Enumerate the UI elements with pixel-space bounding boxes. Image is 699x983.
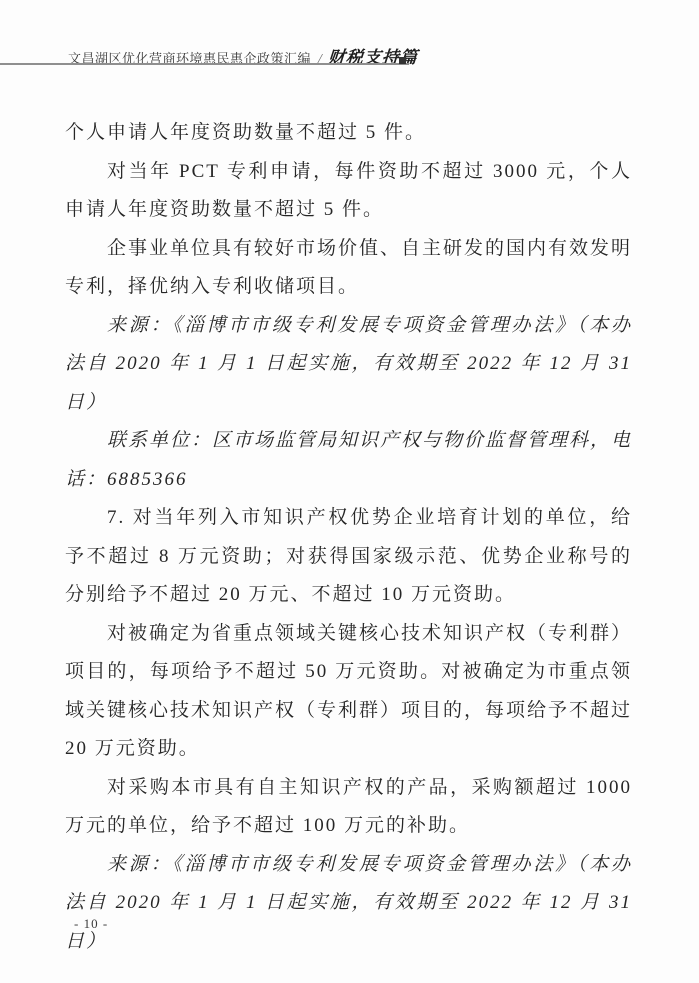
document-body: 个人申请人年度资助数量不超过 5 件。对当年 PCT 专利申请，每件资助不超过 …	[65, 114, 632, 961]
paragraph: 企事业单位具有较好市场价值、自主研发的国内有效发明专利，择优纳入专利收储项目。	[65, 230, 632, 307]
paragraph: 来源：《淄博市市级专利发展专项资金管理办法》（本办法自 2020 年 1 月 1…	[65, 307, 632, 423]
paragraph: 对采购本市具有自主知识产权的产品，采购额超过 1000 万元的单位，给予不超过 …	[65, 769, 632, 846]
page-footer: - 10 -	[0, 916, 699, 940]
paragraph: 联系单位：区市场监管局知识产权与物价监督管理科，电话：6885366	[65, 422, 632, 499]
document-page: 文昌湖区优化营商环境惠民惠企政策汇编 / 财税支持篇 个人申请人年度资助数量不超…	[0, 0, 699, 983]
paragraph: 对被确定为省重点领域关键核心技术知识产权（专利群）项目的，每项给予不超过 50 …	[65, 615, 632, 769]
page-number: - 10 -	[74, 916, 108, 932]
paragraph: 来源：《淄博市市级专利发展专项资金管理办法》（本办法自 2020 年 1 月 1…	[65, 846, 632, 962]
paragraph: 7. 对当年列入市知识产权优势企业培育计划的单位，给予不超过 8 万元资助；对获…	[65, 499, 632, 615]
page-header: 文昌湖区优化营商环境惠民惠企政策汇编 / 财税支持篇	[0, 0, 699, 70]
header-separator: /	[318, 52, 322, 68]
paragraph: 个人申请人年度资助数量不超过 5 件。	[65, 114, 632, 153]
paragraph: 对当年 PCT 专利申请，每件资助不超过 3000 元，个人申请人年度资助数量不…	[65, 153, 632, 230]
header-rule	[0, 63, 409, 65]
header-rule-end-square	[399, 57, 406, 64]
